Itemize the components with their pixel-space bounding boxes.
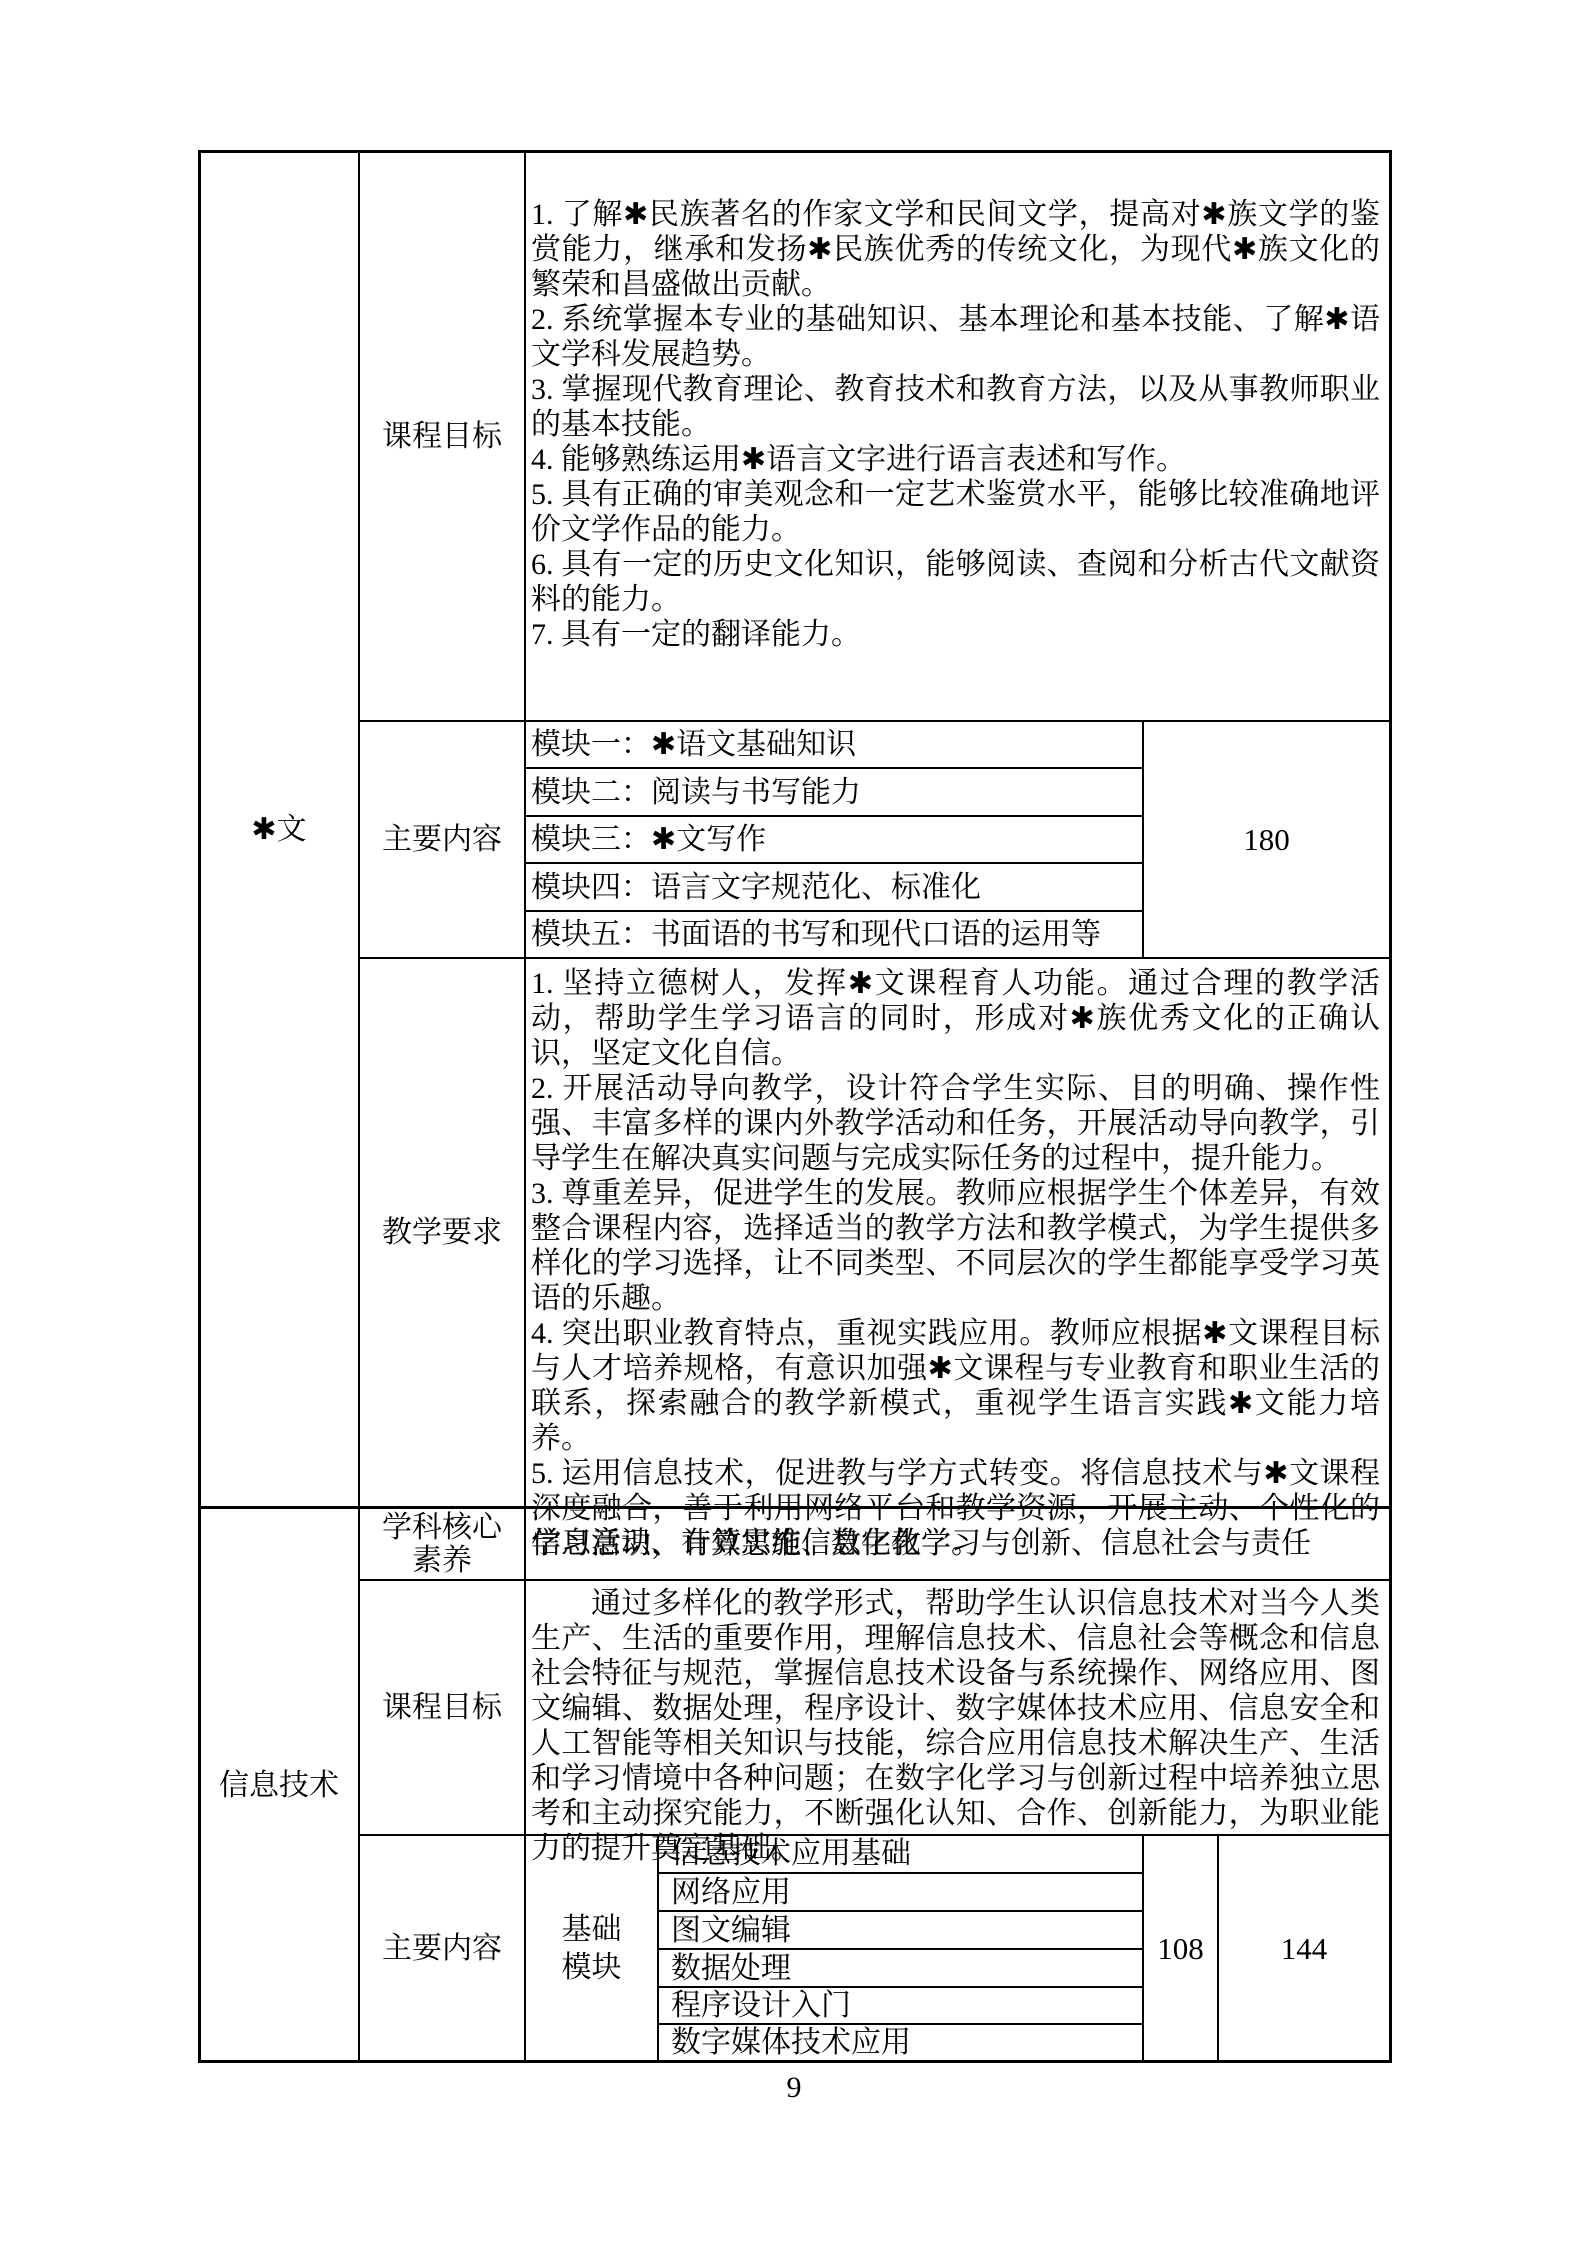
wen-module-row: 模块四：语言文字规范化、标准化 — [531, 864, 1141, 910]
it-submodule-text: 程序设计入门 — [671, 1988, 851, 2023]
document-page: ✱文 课程目标 1. 了解✱民族著名的作家文学和民间文学，提高对✱族文学的鉴赏能… — [0, 0, 1588, 2245]
it-core-content: 信息意识、计算思维、数字化学习与创新、信息社会与责任 — [531, 1526, 1311, 1561]
page-number-value: 9 — [787, 2070, 802, 2105]
it-content-label-cell: 主要内容 — [359, 1835, 525, 2062]
it-basic-module-line1: 基础 — [562, 1911, 622, 1949]
it-submodule-text: 数字媒体技术应用 — [671, 2025, 911, 2060]
wen-req-item: 4. 突出职业教育特点，重视实践应用。教师应根据✱文课程目标与人才培养规格，有意… — [531, 1316, 1380, 1456]
it-basic-module-cell: 基础 模块 — [525, 1835, 658, 2062]
wen-module-text: 模块五：书面语的书写和现代口语的运用等 — [531, 917, 1101, 952]
wen-goal-item: 6. 具有一定的历史文化知识，能够阅读、查阅和分析古代文献资料的能力。 — [531, 547, 1380, 617]
wen-requirements-cell: 1. 坚持立德树人，发挥✱文课程育人功能。通过合理的教学活动，帮助学生学习语言的… — [531, 966, 1380, 1561]
wen-req-item: 3. 尊重差异，促进学生的发展。教师应根据学生个体差异，有效整合课程内容，选择适… — [531, 1176, 1380, 1316]
wen-module-text: 模块三：✱文写作 — [531, 822, 766, 857]
it-core-content-cell: 信息意识、计算思维、数字化学习与创新、信息社会与责任 — [531, 1508, 1380, 1579]
it-goal-label: 课程目标 — [382, 1690, 502, 1725]
wen-req-item: 2. 开展活动导向教学，设计符合学生实际、目的明确、操作性强、丰富多样的课内外教… — [531, 1071, 1380, 1176]
it-basic-module-line2: 模块 — [562, 1949, 622, 1987]
it-submodule-row: 数据处理 — [671, 1950, 1131, 1986]
table-border-right — [1389, 150, 1392, 2063]
wen-goal-item: 1. 了解✱民族著名的作家文学和民间文学，提高对✱族文学的鉴赏能力，继承和发扬✱… — [531, 197, 1380, 302]
it-submodule-row: 网络应用 — [671, 1874, 1131, 1910]
wen-module-row: 模块五：书面语的书写和现代口语的运用等 — [531, 912, 1141, 957]
it-goal-cell: 通过多样化的教学形式，帮助学生认识信息技术对当今人类生产、生活的重要作用，理解信… — [531, 1586, 1380, 1866]
wen-req-label-cell: 教学要求 — [359, 958, 525, 1507]
it-goal-label-cell: 课程目标 — [359, 1580, 525, 1834]
it-submodule-text: 信息技术应用基础 — [671, 1836, 911, 1871]
category-cell-wen: ✱文 — [199, 152, 359, 1506]
it-core-label-line1: 学科核心 — [382, 1511, 502, 1544]
wen-req-label: 教学要求 — [382, 1215, 502, 1250]
wen-req-item: 1. 坚持立德树人，发挥✱文课程育人功能。通过合理的教学活动，帮助学生学习语言的… — [531, 966, 1380, 1071]
wen-goal-item: 3. 掌握现代教育理论、教育技术和教育方法，以及从事教师职业的基本技能。 — [531, 372, 1380, 442]
wen-goals-cell: 1. 了解✱民族著名的作家文学和民间文学，提高对✱族文学的鉴赏能力，继承和发扬✱… — [531, 197, 1380, 652]
it-submodule-text: 网络应用 — [671, 1875, 791, 1910]
it-submodule-row: 图文编辑 — [671, 1912, 1131, 1948]
it-submodule-row: 信息技术应用基础 — [671, 1835, 1131, 1872]
wen-module-text: 模块二：阅读与书写能力 — [531, 775, 861, 810]
wen-goal-item: 5. 具有正确的审美观念和一定艺术鉴赏水平，能够比较准确地评价文学作品的能力。 — [531, 477, 1380, 547]
it-core-label-cell: 学科核心 素养 — [359, 1508, 525, 1579]
wen-module-text: 模块四：语言文字规范化、标准化 — [531, 870, 981, 905]
wen-content-label: 主要内容 — [382, 822, 502, 857]
it-submodule-row: 程序设计入门 — [671, 1988, 1131, 2023]
it-hours-basic-cell: 108 — [1143, 1835, 1218, 2062]
it-hours-total-cell: 144 — [1218, 1835, 1390, 2062]
wen-goal-item: 4. 能够熟练运用✱语言文字进行语言表述和写作。 — [531, 442, 1380, 477]
wen-goal-label: 课程目标 — [382, 419, 502, 454]
it-hours-basic-value: 108 — [1157, 1931, 1204, 1966]
it-submodule-row: 数字媒体技术应用 — [671, 2025, 1131, 2060]
page-number: 9 — [694, 2068, 894, 2106]
it-hours-total-value: 144 — [1281, 1931, 1328, 1966]
it-core-label-line2: 素养 — [412, 1544, 472, 1577]
wen-goal-label-cell: 课程目标 — [359, 152, 525, 721]
it-goal-text: 通过多样化的教学形式，帮助学生认识信息技术对当今人类生产、生活的重要作用，理解信… — [531, 1586, 1380, 1866]
wen-module-row: 模块二：阅读与书写能力 — [531, 769, 1141, 815]
wen-hours-value: 180 — [1243, 822, 1290, 857]
it-submodule-text: 图文编辑 — [671, 1913, 791, 1948]
category-label-wen: ✱文 — [251, 812, 306, 847]
wen-goal-item: 7. 具有一定的翻译能力。 — [531, 617, 1380, 652]
wen-module-text: 模块一：✱语文基础知识 — [531, 727, 856, 762]
category-cell-it: 信息技术 — [199, 1508, 359, 2062]
it-submodule-text: 数据处理 — [671, 1951, 791, 1986]
wen-content-label-cell: 主要内容 — [359, 721, 525, 958]
it-content-label: 主要内容 — [382, 1931, 502, 1966]
wen-goal-item: 2. 系统掌握本专业的基础知识、基本理论和基本技能、了解✱语文学科发展趋势。 — [531, 302, 1380, 372]
wen-hours-cell: 180 — [1143, 721, 1390, 958]
wen-module-row: 模块一：✱语文基础知识 — [531, 721, 1141, 767]
category-label-it: 信息技术 — [219, 1768, 339, 1803]
wen-module-row: 模块三：✱文写作 — [531, 817, 1141, 862]
